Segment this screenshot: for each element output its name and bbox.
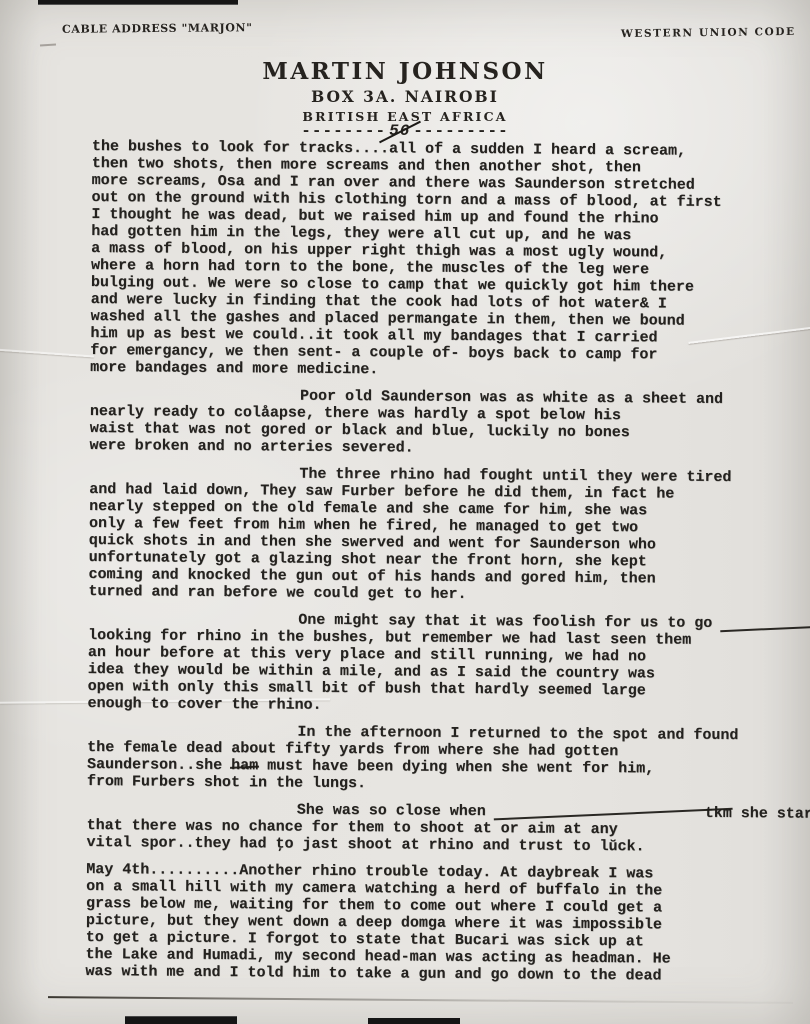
- scan-artifact-top-bar: [38, 0, 238, 5]
- paragraph: In the afternoon I returned to the spot …: [87, 722, 750, 795]
- scanned-letter-page: CABLE ADDRESS "MARJON" WESTERN UNION COD…: [0, 0, 810, 1024]
- dashes-right: ---------: [413, 122, 508, 140]
- paragraph: She was so close when tkm she started fo…: [86, 800, 748, 856]
- overstruck-word: ham: [231, 757, 258, 774]
- page-number: 56: [386, 122, 413, 140]
- scan-artifact-bottom-rect: [125, 1016, 237, 1024]
- paragraph: the bushes to look for tracks....all of …: [90, 138, 754, 381]
- paper-crease: [0, 349, 94, 358]
- paragraph: May 4th..........Another rhino trouble t…: [85, 861, 748, 985]
- paragraph: One might say that it was foolish for us…: [87, 610, 750, 717]
- letterhead-name: MARTIN JOHNSON: [0, 58, 810, 85]
- letterhead-address: BOX 3A. NAIROBI: [0, 87, 810, 106]
- cable-address-label: CABLE ADDRESS "MARJON": [62, 21, 253, 36]
- overstruck-word: imk: [721, 615, 810, 634]
- western-union-code-label: WESTERN UNION CODE: [621, 26, 796, 40]
- scan-artifact-bottom-rect: [368, 1018, 460, 1024]
- paragraph: The three rhino had fought until they we…: [88, 464, 751, 605]
- pencil-mark: [40, 43, 56, 46]
- letter-body: the bushes to look for tracks....all of …: [85, 138, 754, 995]
- fold-line: [48, 996, 793, 1004]
- dashes-left: --------: [301, 122, 386, 140]
- paragraph: Poor old Saunderson was as white as a sh…: [90, 386, 753, 459]
- overstruck-word: tkm: [495, 803, 732, 822]
